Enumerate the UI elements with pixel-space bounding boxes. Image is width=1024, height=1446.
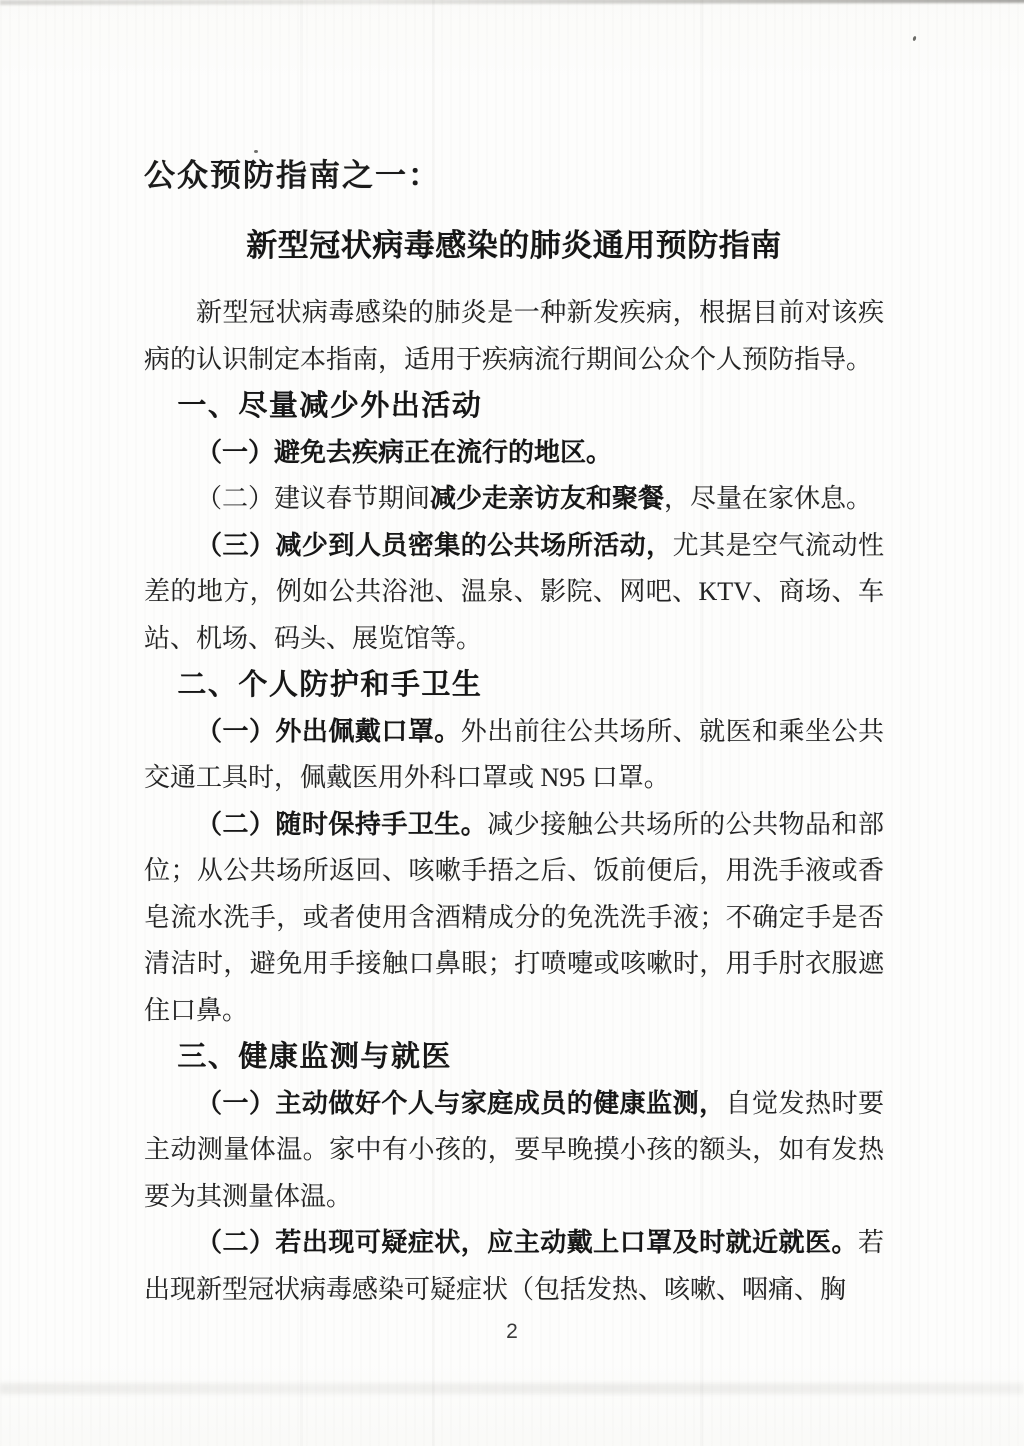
text-segment: 二、个人防护和手卫生 xyxy=(177,669,482,701)
text-segment: （二）随时保持手卫生。 xyxy=(196,810,487,839)
paragraph: （二）建议春节期间减少走亲访友和聚餐，尽量在家休息。 xyxy=(144,476,884,523)
section-heading: 三、健康监测与就医 xyxy=(144,1034,884,1081)
paragraph: （二）随时保持手卫生。减少接触公共场所的公共物品和部位；从公共场所返回、咳嗽手捂… xyxy=(144,802,884,1035)
paragraph: 新型冠状病毒感染的肺炎是一种新发疾病，根据目前对该疾病的认识制定本指南，适用于疾… xyxy=(144,290,884,383)
section-heading: 一、尽量减少外出活动 xyxy=(144,383,884,430)
document-body: 新型冠状病毒感染的肺炎是一种新发疾病，根据目前对该疾病的认识制定本指南，适用于疾… xyxy=(144,290,884,1313)
section-heading: 二、个人防护和手卫生 xyxy=(144,662,884,709)
text-segment: （一）避免去疾病正在流行的地区。 xyxy=(196,438,612,467)
scan-bottom-band-artifact xyxy=(0,1383,1024,1394)
paragraph: （一）外出佩戴口罩。外出前往公共场所、就医和乘坐公共交通工具时，佩戴医用外科口罩… xyxy=(144,709,884,802)
paragraph: （一）主动做好个人与家庭成员的健康监测，自觉发热时要主动测量体温。家中有小孩的，… xyxy=(144,1081,884,1221)
document-content: 公众预防指南之一： 新型冠状病毒感染的肺炎通用预防指南 新型冠状病毒感染的肺炎是… xyxy=(144,150,884,1313)
text-segment: 减少走亲访友和聚餐 xyxy=(430,484,664,513)
text-segment: （一）外出佩戴口罩。 xyxy=(196,717,461,746)
scan-top-edge-artifact xyxy=(0,0,1024,5)
paragraph: （二）若出现可疑症状，应主动戴上口罩及时就近就医。若出现新型冠状病毒感染可疑症状… xyxy=(144,1220,884,1313)
paragraph: （一）避免去疾病正在流行的地区。 xyxy=(144,430,884,477)
text-segment: 减少接触公共场所的公共物品和部位；从公共场所返回、咳嗽手捂之后、饭前便后，用洗手… xyxy=(144,810,884,1025)
text-segment: （三）减少到人员密集的公共场所活动， xyxy=(196,531,673,560)
text-segment: （一）主动做好个人与家庭成员的健康监测， xyxy=(196,1089,726,1118)
text-segment: （二）若出现可疑症状，应主动戴上口罩及时就近就医。 xyxy=(196,1228,858,1257)
page-number: 2 xyxy=(0,1320,1024,1344)
text-segment: 新型冠状病毒感染的肺炎是一种新发疾病，根据目前对该疾病的认识制定本指南，适用于疾… xyxy=(144,298,884,374)
scanned-document-page: 公众预防指南之一： 新型冠状病毒感染的肺炎通用预防指南 新型冠状病毒感染的肺炎是… xyxy=(0,0,1024,1446)
scan-speck-artifact xyxy=(912,36,916,42)
text-segment: 三、健康监测与就医 xyxy=(177,1041,452,1073)
text-segment: （二）建议春节期间 xyxy=(196,484,430,513)
text-segment: 一、尽量减少外出活动 xyxy=(177,390,482,422)
text-segment: ，尽量在家休息。 xyxy=(664,484,872,513)
document-title: 新型冠状病毒感染的肺炎通用预防指南 xyxy=(144,220,884,265)
paragraph: （三）减少到人员密集的公共场所活动，尤其是空气流动性差的地方，例如公共浴池、温泉… xyxy=(144,523,884,663)
document-kicker: 公众预防指南之一： xyxy=(144,150,884,195)
